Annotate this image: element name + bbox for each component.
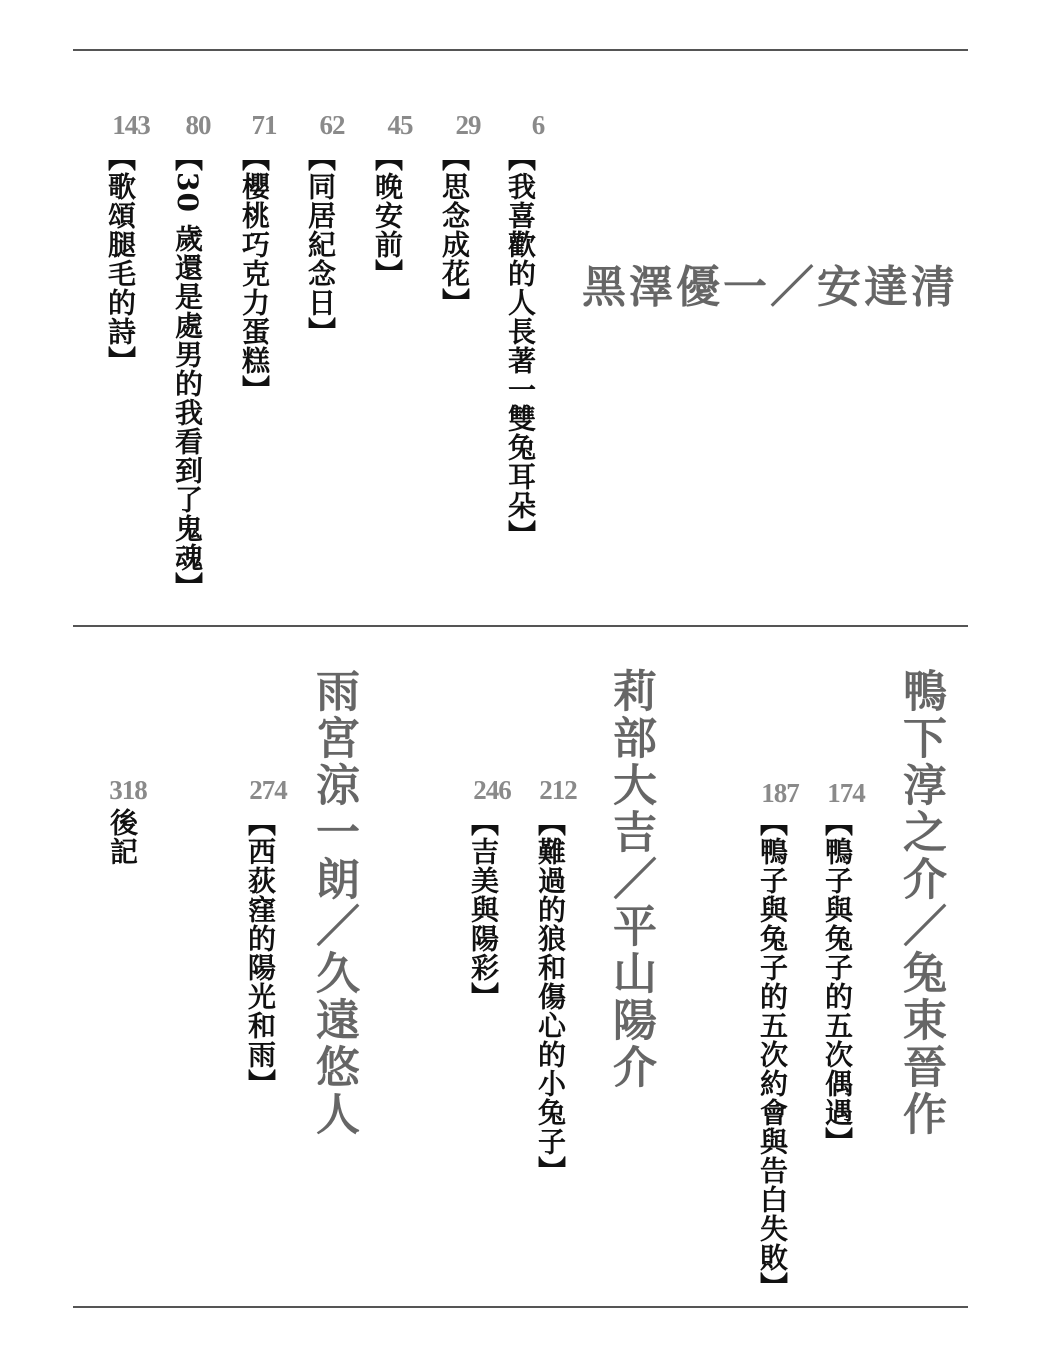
section2-author-heading: 雨宮涼一朗／久遠悠人 [305, 668, 361, 1138]
toc-entry-title[interactable]: 【吉美與陽彩】 [465, 808, 501, 1011]
top-rule [73, 49, 968, 51]
page-number: 143 [100, 110, 162, 140]
page-number: 274 [240, 775, 296, 805]
section1-author-heading: 黑澤優一／安達清 [582, 260, 958, 316]
toc-entry-title[interactable]: 【櫻桃巧克力蛋糕】 [236, 143, 272, 404]
page-number: 80 [170, 110, 226, 140]
section2-author-heading: 莉部大吉／平山陽介 [602, 668, 658, 1091]
toc-entry-title[interactable]: 【思念成花】 [436, 143, 472, 317]
toc-entry-title[interactable]: 【晚安前】 [369, 143, 405, 288]
toc-entry-title[interactable]: 【西荻窪的陽光和雨】 [242, 808, 278, 1098]
page-number: 187 [752, 778, 808, 808]
page-number: 45 [372, 110, 428, 140]
page-number: 6 [510, 110, 566, 140]
toc-entry-title[interactable]: 【我喜歡的人長著一雙兔耳朵】 [502, 143, 538, 549]
bottom-rule [73, 1306, 968, 1308]
page-number: 246 [464, 775, 520, 805]
page-number: 62 [304, 110, 360, 140]
page-number: 71 [236, 110, 292, 140]
toc-entry-title[interactable]: 【同居紀念日】 [302, 143, 338, 346]
page-number: 318 [100, 775, 156, 805]
toc-entry-title[interactable]: 【難過的狼和傷心的小兔子】 [532, 808, 568, 1185]
section2-author-heading: 鴨下淳之介／兔束晉作 [892, 668, 948, 1138]
toc-entry-title[interactable]: 【鴨子與兔子的五次偶遇】 [819, 808, 855, 1156]
page-number: 174 [818, 778, 874, 808]
page-number: 29 [440, 110, 496, 140]
toc-entry-title[interactable]: 【歌頌腿毛的詩】 [102, 143, 138, 375]
page-number: 212 [530, 775, 586, 805]
toc-entry-afterword[interactable]: 後記 [104, 808, 140, 866]
toc-entry-title[interactable]: 【鴨子與兔子的五次約會與告白失敗】 [754, 808, 790, 1301]
middle-rule [73, 625, 968, 627]
toc-entry-title[interactable]: 【30 歲還是處男的我看到了鬼魂】 [169, 143, 205, 601]
